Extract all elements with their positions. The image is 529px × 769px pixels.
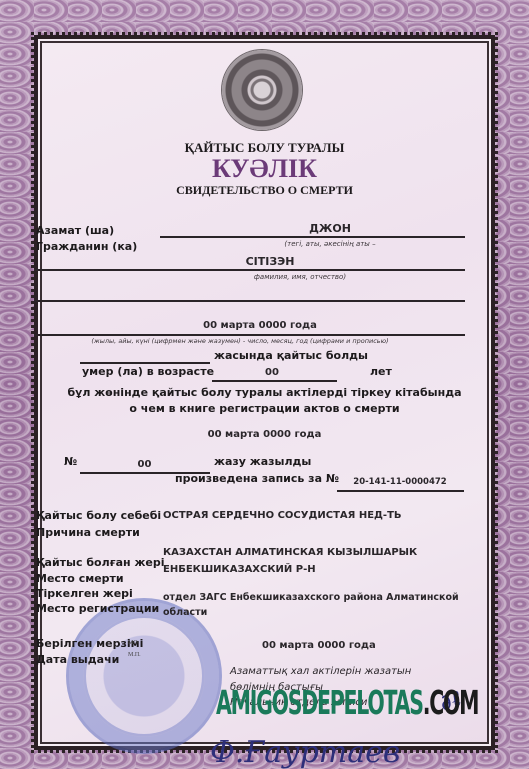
stamp-mark-ru: М.П. [128,652,141,658]
registration-date: 00 марта 0000 года [0,429,529,440]
last-name-line [34,269,465,271]
blank-line [34,300,465,302]
place-of-death-label-kz: Қайтыс болған жері [36,556,165,569]
record-number-value: 20-141-11-0000472 [340,477,460,487]
citizen-label-kz: Азамат (ша) [36,224,114,237]
watermark-suffix: .COM [423,683,479,722]
official-stamp [66,598,222,754]
watermark-logo: AMIGOSDEPELOTAS.COM [216,683,478,722]
age-label-kz: жасында қайтыс болды [214,349,368,362]
place-of-death-value-1: КАЗАХСТАН АЛМАТИНСКАЯ КЫЗЫЛШАРЫК [163,547,417,558]
age-line-kz [80,362,210,364]
citizen-label-ru: Гражданин (ка) [36,240,137,253]
record-number-line [337,490,464,492]
registration-text-ru: о чем в книге регистрации актов о смерти [0,402,529,415]
cause-label-kz: Қайтыс болу себебі [36,509,161,522]
death-date-line [34,334,465,336]
place-of-registration-value-2: области [163,607,207,618]
death-date-hint: (жылы, айы, күні (цифрмен және жазумен) … [40,337,440,345]
name-hint-1: (тегі, аты, әкесінің аты – [230,240,430,248]
place-of-registration-label-kz: Тіркелген жері [36,587,133,600]
place-of-registration-label-ru: Место регистрации [36,602,159,615]
first-name-value: ДЖОН [230,222,430,235]
name-hint-2: фамилия, имя, отчество) [200,273,400,281]
death-date-value: 00 марта 0000 года [180,320,340,331]
place-of-registration-value-1: отдел ЗАГС Енбекшиказахского района Алма… [163,592,459,603]
cause-value: ОСТРАЯ СЕРДЕЧНО СОСУДИСТАЯ НЕД-ТЬ [163,510,402,521]
stamp-mark-kz: МО [128,640,138,646]
record-label-kz: жазу жазылды [214,455,311,468]
official-title-kz-1: Азаматтық хал актілерін жазатын [230,666,411,677]
title-ru: СВИДЕТЕЛЬСТВО О СМЕРТИ [0,183,529,198]
record-no-value: 00 [82,459,207,470]
registration-text-kz: бұл жөнінде қайтыс болу туралы актілерді… [0,386,529,399]
issue-label-ru: Дата выдачи [36,653,119,666]
record-label-ru: произведена запись за № [175,472,339,485]
official-signature: Ф.Ғауртаев [210,735,400,769]
issue-date: 00 марта 0000 года [262,640,376,651]
title-main: КУӘЛІК [0,154,529,184]
place-of-death-value-2: ЕНБЕКШИКАЗАХСКИЙ Р-Н [163,564,316,575]
first-name-line [160,236,465,238]
cause-label-ru: Причина смерти [36,526,140,539]
age-label-ru: умер (ла) в возрасте [82,365,214,378]
age-line [212,380,337,382]
last-name-value: СІТІЗЭН [215,255,325,268]
record-no-label: № [64,455,77,468]
age-value: 00 [212,367,332,378]
state-emblem-icon [222,50,302,130]
age-unit: лет [370,365,392,378]
watermark-main: AMIGOSDEPELOTAS [216,683,423,722]
place-of-death-label-ru: Место смерти [36,572,124,585]
